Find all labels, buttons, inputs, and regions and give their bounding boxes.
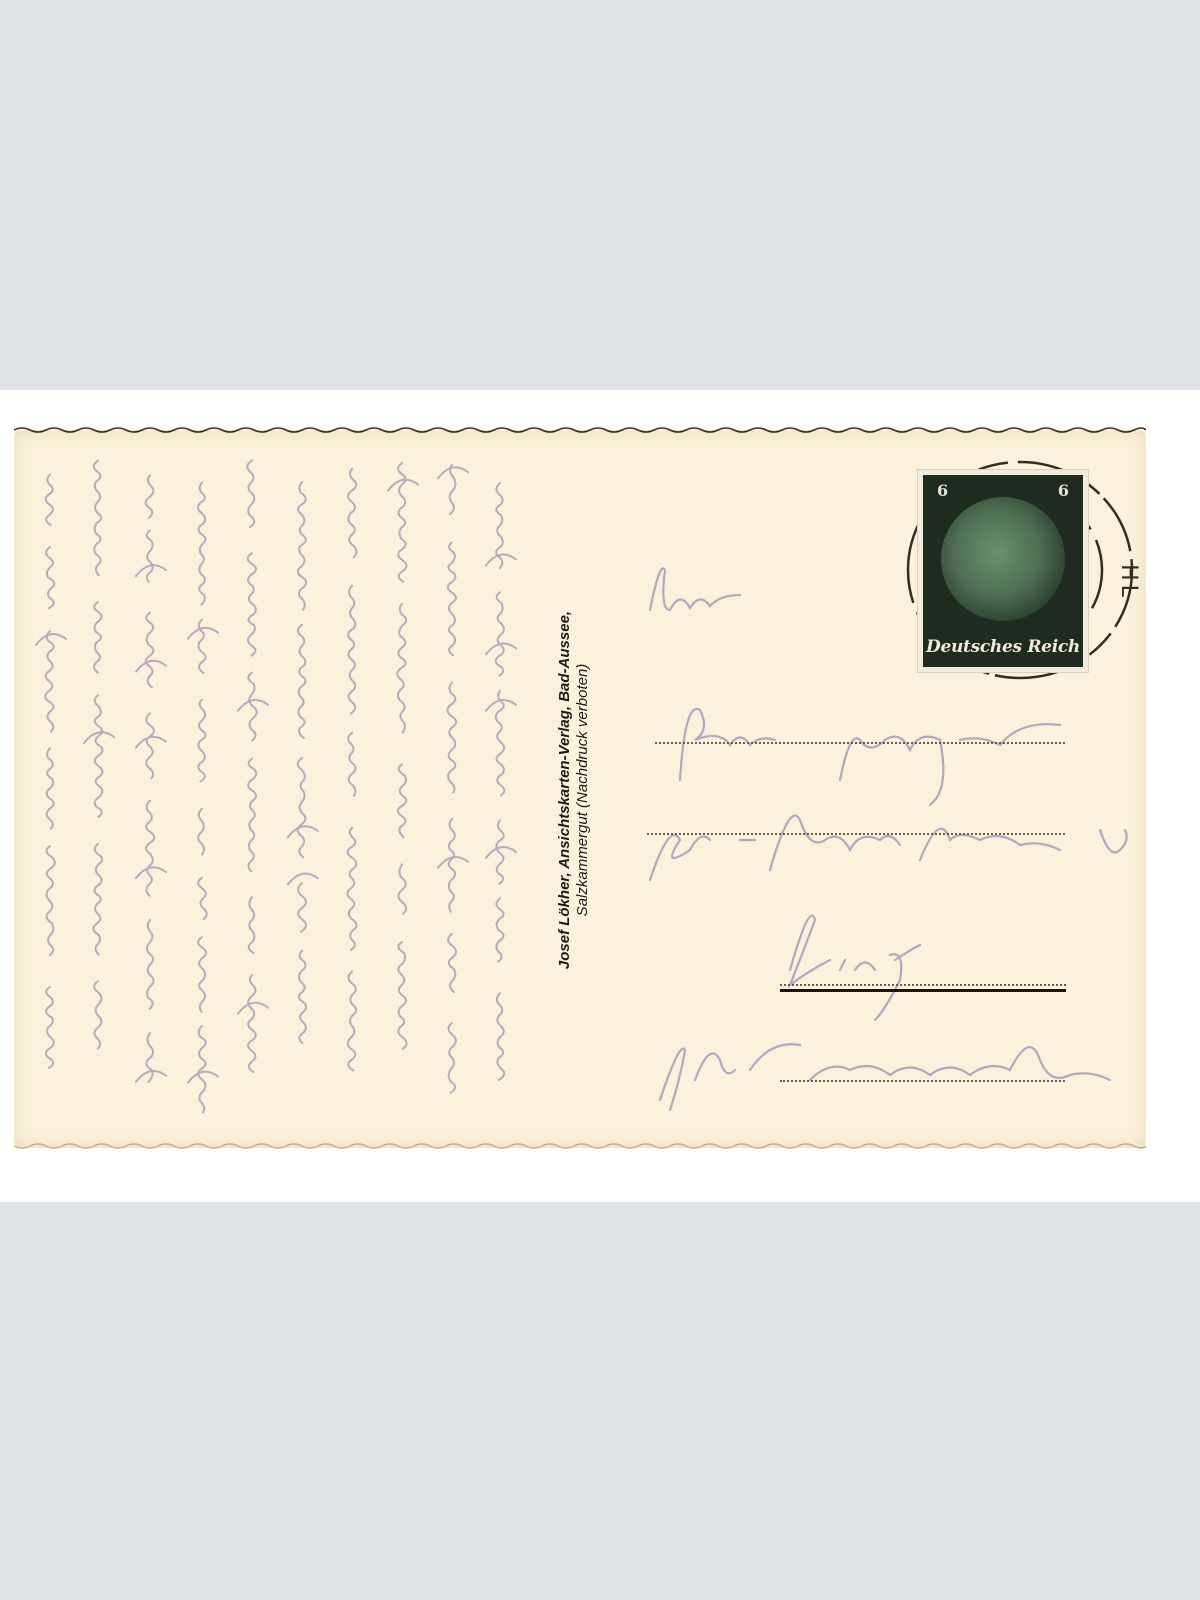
- postage-stamp: 6 6 Deutsches Reich: [918, 470, 1088, 672]
- address-line-city-underline: [780, 989, 1066, 992]
- address-line-post: [780, 1080, 1065, 1082]
- publisher-imprint: Josef Lökher, Ansichtskarten-Verlag, Bad…: [556, 611, 592, 969]
- postmark-text: HL: [1116, 564, 1141, 601]
- address-line-street: [647, 833, 1065, 835]
- stamp-value-left: 6: [937, 481, 948, 500]
- stamp-value-right: 6: [1058, 481, 1069, 500]
- address-line-city: [780, 984, 1066, 986]
- publisher-line-2: Salzkammergut (Nachdruck verboten): [574, 611, 592, 969]
- handwritten-message: [20, 440, 540, 1140]
- address-line-recipient: [655, 742, 1065, 744]
- card-scalloped-edge-bottom: [14, 1142, 1146, 1150]
- card-scalloped-edge-top: [14, 426, 1146, 434]
- publisher-line-1: Josef Lökher, Ansichtskarten-Verlag, Bad…: [556, 611, 574, 969]
- stamp-portrait-medallion: [941, 497, 1065, 621]
- stamp-country-text: Deutsches Reich: [923, 637, 1083, 657]
